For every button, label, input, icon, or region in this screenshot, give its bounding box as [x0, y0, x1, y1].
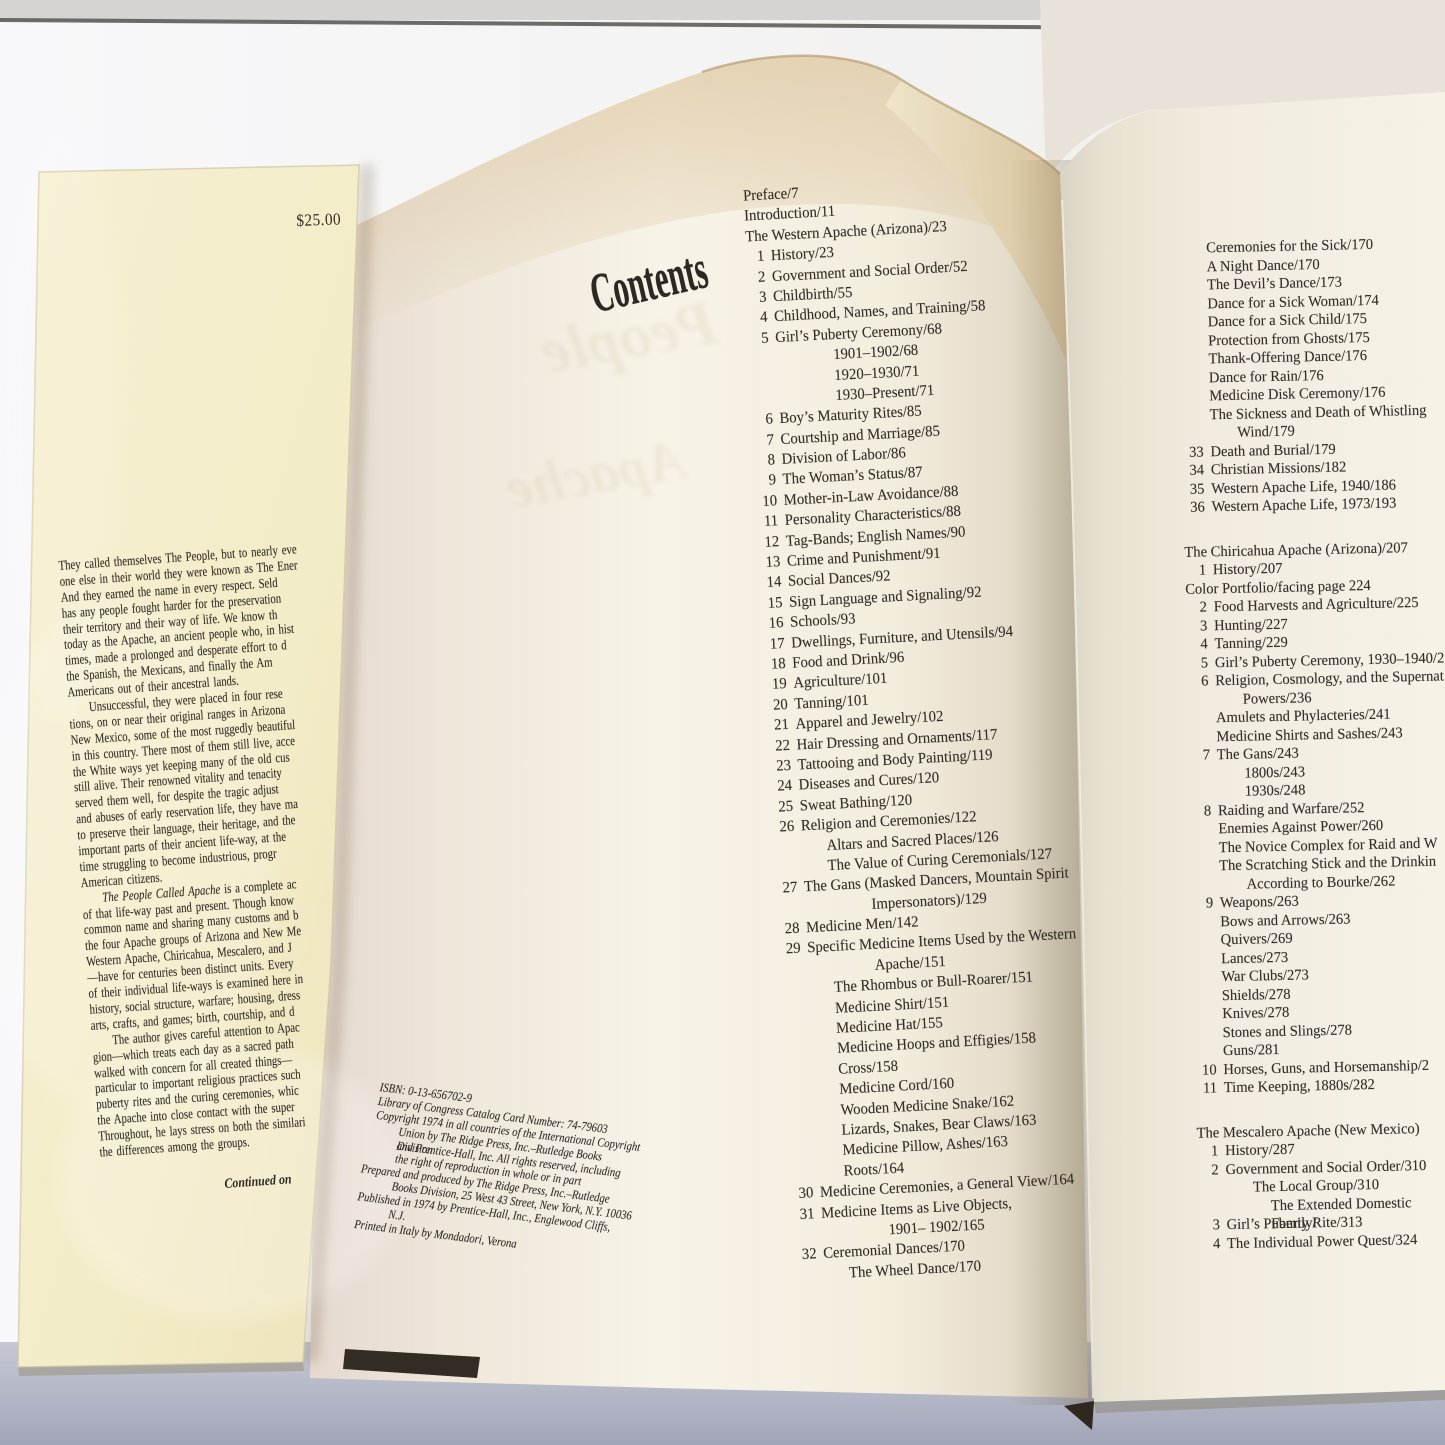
toc-entry-number: 5: [742, 328, 769, 350]
toc-entry-number: 2: [1194, 1161, 1219, 1180]
toc-entry-number: 8: [1187, 802, 1212, 821]
toc-entry-text: Food Harvests and Agriculture/225: [1207, 595, 1419, 615]
toc-entry-text: Government and Social Order/310: [1219, 1157, 1427, 1177]
toc-entry-number: 11: [1193, 1079, 1218, 1098]
toc-entry-number: 11: [752, 511, 779, 533]
toc-entry-text: Western Apache Life, 1940/186: [1204, 477, 1396, 497]
toc-entry-number: 3: [1183, 617, 1208, 636]
toc-entry-number: 25: [767, 797, 794, 819]
toc-entry-number: 1: [1194, 1142, 1219, 1161]
toc-entry-text: History/23: [764, 244, 834, 265]
toc-right-column: Ceremonies for the Sick/170A Night Dance…: [1175, 235, 1445, 1254]
toc-entry-text: Girl’s Puberty Rite/313: [1220, 1214, 1363, 1233]
toc-entry-number: 31: [788, 1204, 815, 1226]
toc-entry-text: The Individual Power Quest/324: [1220, 1232, 1417, 1252]
toc-entry-number: 33: [1179, 443, 1204, 462]
continued-note: Continued on: [224, 1172, 292, 1193]
toc-entry-number: 2: [739, 267, 766, 289]
toc-entry-number: 23: [765, 756, 792, 778]
toc-entry-number: 6: [747, 410, 774, 432]
toc-entry-text: Horses, Guns, and Horsemanship/2: [1216, 1057, 1429, 1077]
toc-entry-number: 34: [1180, 461, 1205, 480]
toc-entry-number: 9: [750, 471, 777, 493]
toc-entry-number: 27: [771, 878, 798, 900]
toc-entry-number: 9: [1189, 894, 1214, 913]
toc-entry-number: 28: [773, 919, 800, 941]
toc-entry-number: 2: [1183, 598, 1208, 617]
toc-entry-number: 22: [764, 735, 791, 757]
toc-entry-text: Death and Burial/179: [1204, 441, 1336, 460]
toc-entry-text: Agriculture/101: [786, 670, 887, 692]
toc-entry-number: 10: [751, 491, 778, 513]
toc-entry-text: Tanning/101: [787, 691, 869, 712]
toc-entry-number: 35: [1180, 480, 1205, 499]
toc-entry-number: 36: [1180, 498, 1205, 517]
toc-entry-number: 14: [755, 573, 782, 595]
toc-entry-text: Christian Missions/182: [1204, 459, 1347, 478]
toc-entry-number: 21: [763, 715, 790, 737]
toc-entry-text: Tanning/229: [1208, 635, 1288, 653]
toc-entry-text: History/207: [1206, 561, 1283, 579]
toc-entry-text: Time Keeping, 1880s/282: [1217, 1077, 1375, 1096]
toc-entry-number: 3: [740, 287, 767, 309]
toc-entry-number: 5: [1184, 654, 1209, 673]
toc-entry-text: Religion, Cosmology, and the Supernat: [1208, 668, 1444, 689]
toc-entry-number: 29: [774, 939, 801, 961]
toc-entry-number: 12: [753, 532, 780, 554]
price-label: $25.00: [296, 209, 341, 231]
toc-left-column: Preface/7Introduction/11The Western Apac…: [735, 171, 1094, 1286]
toc-entry-number: 32: [790, 1245, 817, 1267]
toc-entry-text: History/287: [1218, 1142, 1295, 1160]
toc-entry-number: 3: [1195, 1216, 1220, 1235]
toc-entry-number: 16: [757, 613, 784, 635]
toc-entry-number: 7: [1186, 746, 1211, 765]
toc-entry-number: 26: [768, 817, 795, 839]
toc-entry-number: 15: [756, 593, 783, 615]
book-photo: People Apache $25.00 They called themsel…: [0, 0, 1445, 1445]
toc-entry-number: 19: [761, 674, 788, 696]
toc-entry-number: 1: [1182, 561, 1207, 580]
toc-entry-number: 4: [1183, 635, 1208, 654]
toc-entry-text: The Gans/243: [1210, 746, 1299, 764]
toc-entry-number: 4: [1196, 1235, 1221, 1254]
toc-entry-number: 4: [741, 308, 768, 330]
toc-entry-number: 1: [738, 247, 765, 269]
toc-entry-text: Raiding and Warfare/252: [1211, 800, 1365, 819]
toc-entry-text: Western Apache Life, 1973/193: [1205, 495, 1397, 515]
toc-entry-text: Hunting/227: [1207, 616, 1288, 634]
toc-entry-number: 20: [762, 695, 789, 717]
toc-entry-number: 7: [748, 430, 775, 452]
toc-entry-number: 10: [1192, 1061, 1217, 1080]
toc-entry-number: 17: [758, 634, 785, 656]
toc-entry-number: 24: [766, 776, 793, 798]
toc-entry-text: Weapons/263: [1213, 894, 1299, 912]
toc-entry-text: Social Dances/92: [781, 568, 891, 591]
toc-entry-text: Childbirth/55: [766, 284, 853, 305]
toc-entry-number: 18: [760, 654, 787, 676]
toc-entry-number: 8: [749, 450, 776, 472]
toc-entry-number: 13: [754, 552, 781, 574]
toc-entry-text: Schools/93: [783, 610, 856, 631]
toc-entry-number: 30: [787, 1183, 814, 1205]
toc-entry-number: 6: [1184, 672, 1209, 691]
